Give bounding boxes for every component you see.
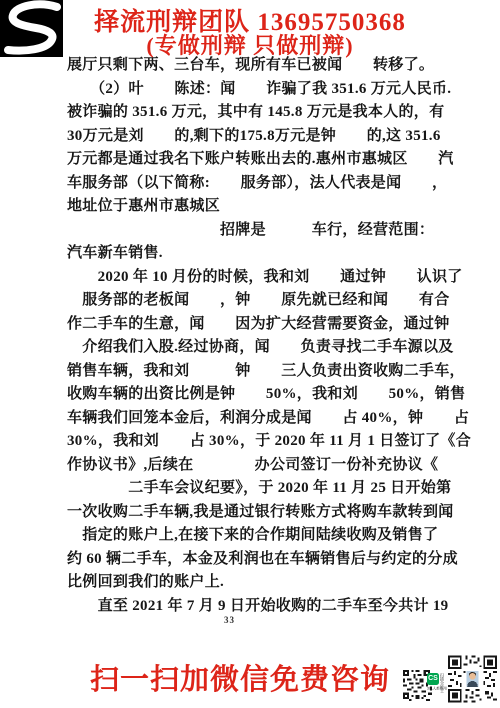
footer-cta-text: 扫一扫加微信免费咨询 [90,666,390,695]
document-line: 地址位于惠州市惠城区 [67,195,473,219]
document-line: 车辆我们回笼本金后，利润分成是闻 占 40%，钟 占 [67,407,473,431]
document-line: 销售车辆，我和刘 钟 三人负责出资收购二手车， [67,360,473,384]
document-line: 收购车辆的出资比例是钟 50%，我和刘 50%，销售 [67,383,473,407]
document-line: 服务部的老板闻 ，钟 原先就已经和闻 有合 [67,289,473,313]
document-text-block: 展厅只剩下两、三台车，现所有车已被闻 转移了。 （2）叶 陈述：闻 诈骗了我 3… [67,54,473,618]
document-line: 一次收购二手车辆,我是通过银行转账方式将购车款转到闻 [67,501,473,525]
document-line: 直至 2021 年 7 月 9 日开始收购的二手车至今共计 19 [67,595,473,619]
document-line: （2）叶 陈述：闻 诈骗了我 351.6 万元人民币. [67,78,473,102]
document-line: 作二手车的生意，闻 因为扩大经营需要资金，通过钟 [67,313,473,337]
scanned-document-page: { "colors": { "accent_red": "#dd2418", "… [0,0,500,708]
document-line: 二手车会议纪要》，于 2020 年 11 月 25 日开始第 [67,477,473,501]
page-number: 33 [224,615,235,625]
camscanner-logo-icon: CS [427,673,439,685]
qr-center-avatar [467,671,479,687]
document-line: 指定的账户上,在接下来的合作期间陆续收购及销售了 [67,524,473,548]
document-line: 介绍我们入股.经过协商，闻 负责寻找二手车源以及 [67,336,473,360]
document-line: 展厅只剩下两、三台车，现所有车已被闻 转移了。 [67,54,473,78]
document-line: 汽车新车销售. [67,242,473,266]
document-line: 万元都是通过我名下账户转账出去的.惠州市惠城区 汽 [67,148,473,172]
wechat-contact-qr-code-icon [448,655,497,703]
document-line: 30%，我和刘 占 30%，于 2020 年 11 月 1 日签订了《合 [67,430,473,454]
camscanner-app-name: 扫描全能王 [440,673,444,693]
document-line: 约 60 辆二手车，本金及利润也在车辆销售后与约定的分成 [67,548,473,572]
document-line: 车服务部（以下简称: 服务部），法人代表是闻 ， [67,172,473,196]
document-line: 2020 年 10 月份的时候，我和刘 通过钟 认识了 [67,266,473,290]
document-line: 作协议书》,后续在 办公司签订一份补充协议《 [67,454,473,478]
document-line: 被诈骗的 351.6 万元，其中有 145.8 万元是我本人的，有 [67,101,473,125]
document-line: 比例回到我们的账户上. [67,571,473,595]
document-line: 招牌是 车行，经营范围： [67,219,473,243]
document-line: 30万元是刘 的,剩下的175.8万元是钟 的,这 351.6 [67,125,473,149]
camscanner-badge: CS 3亿人都在用 扫描全能王 [427,673,445,697]
